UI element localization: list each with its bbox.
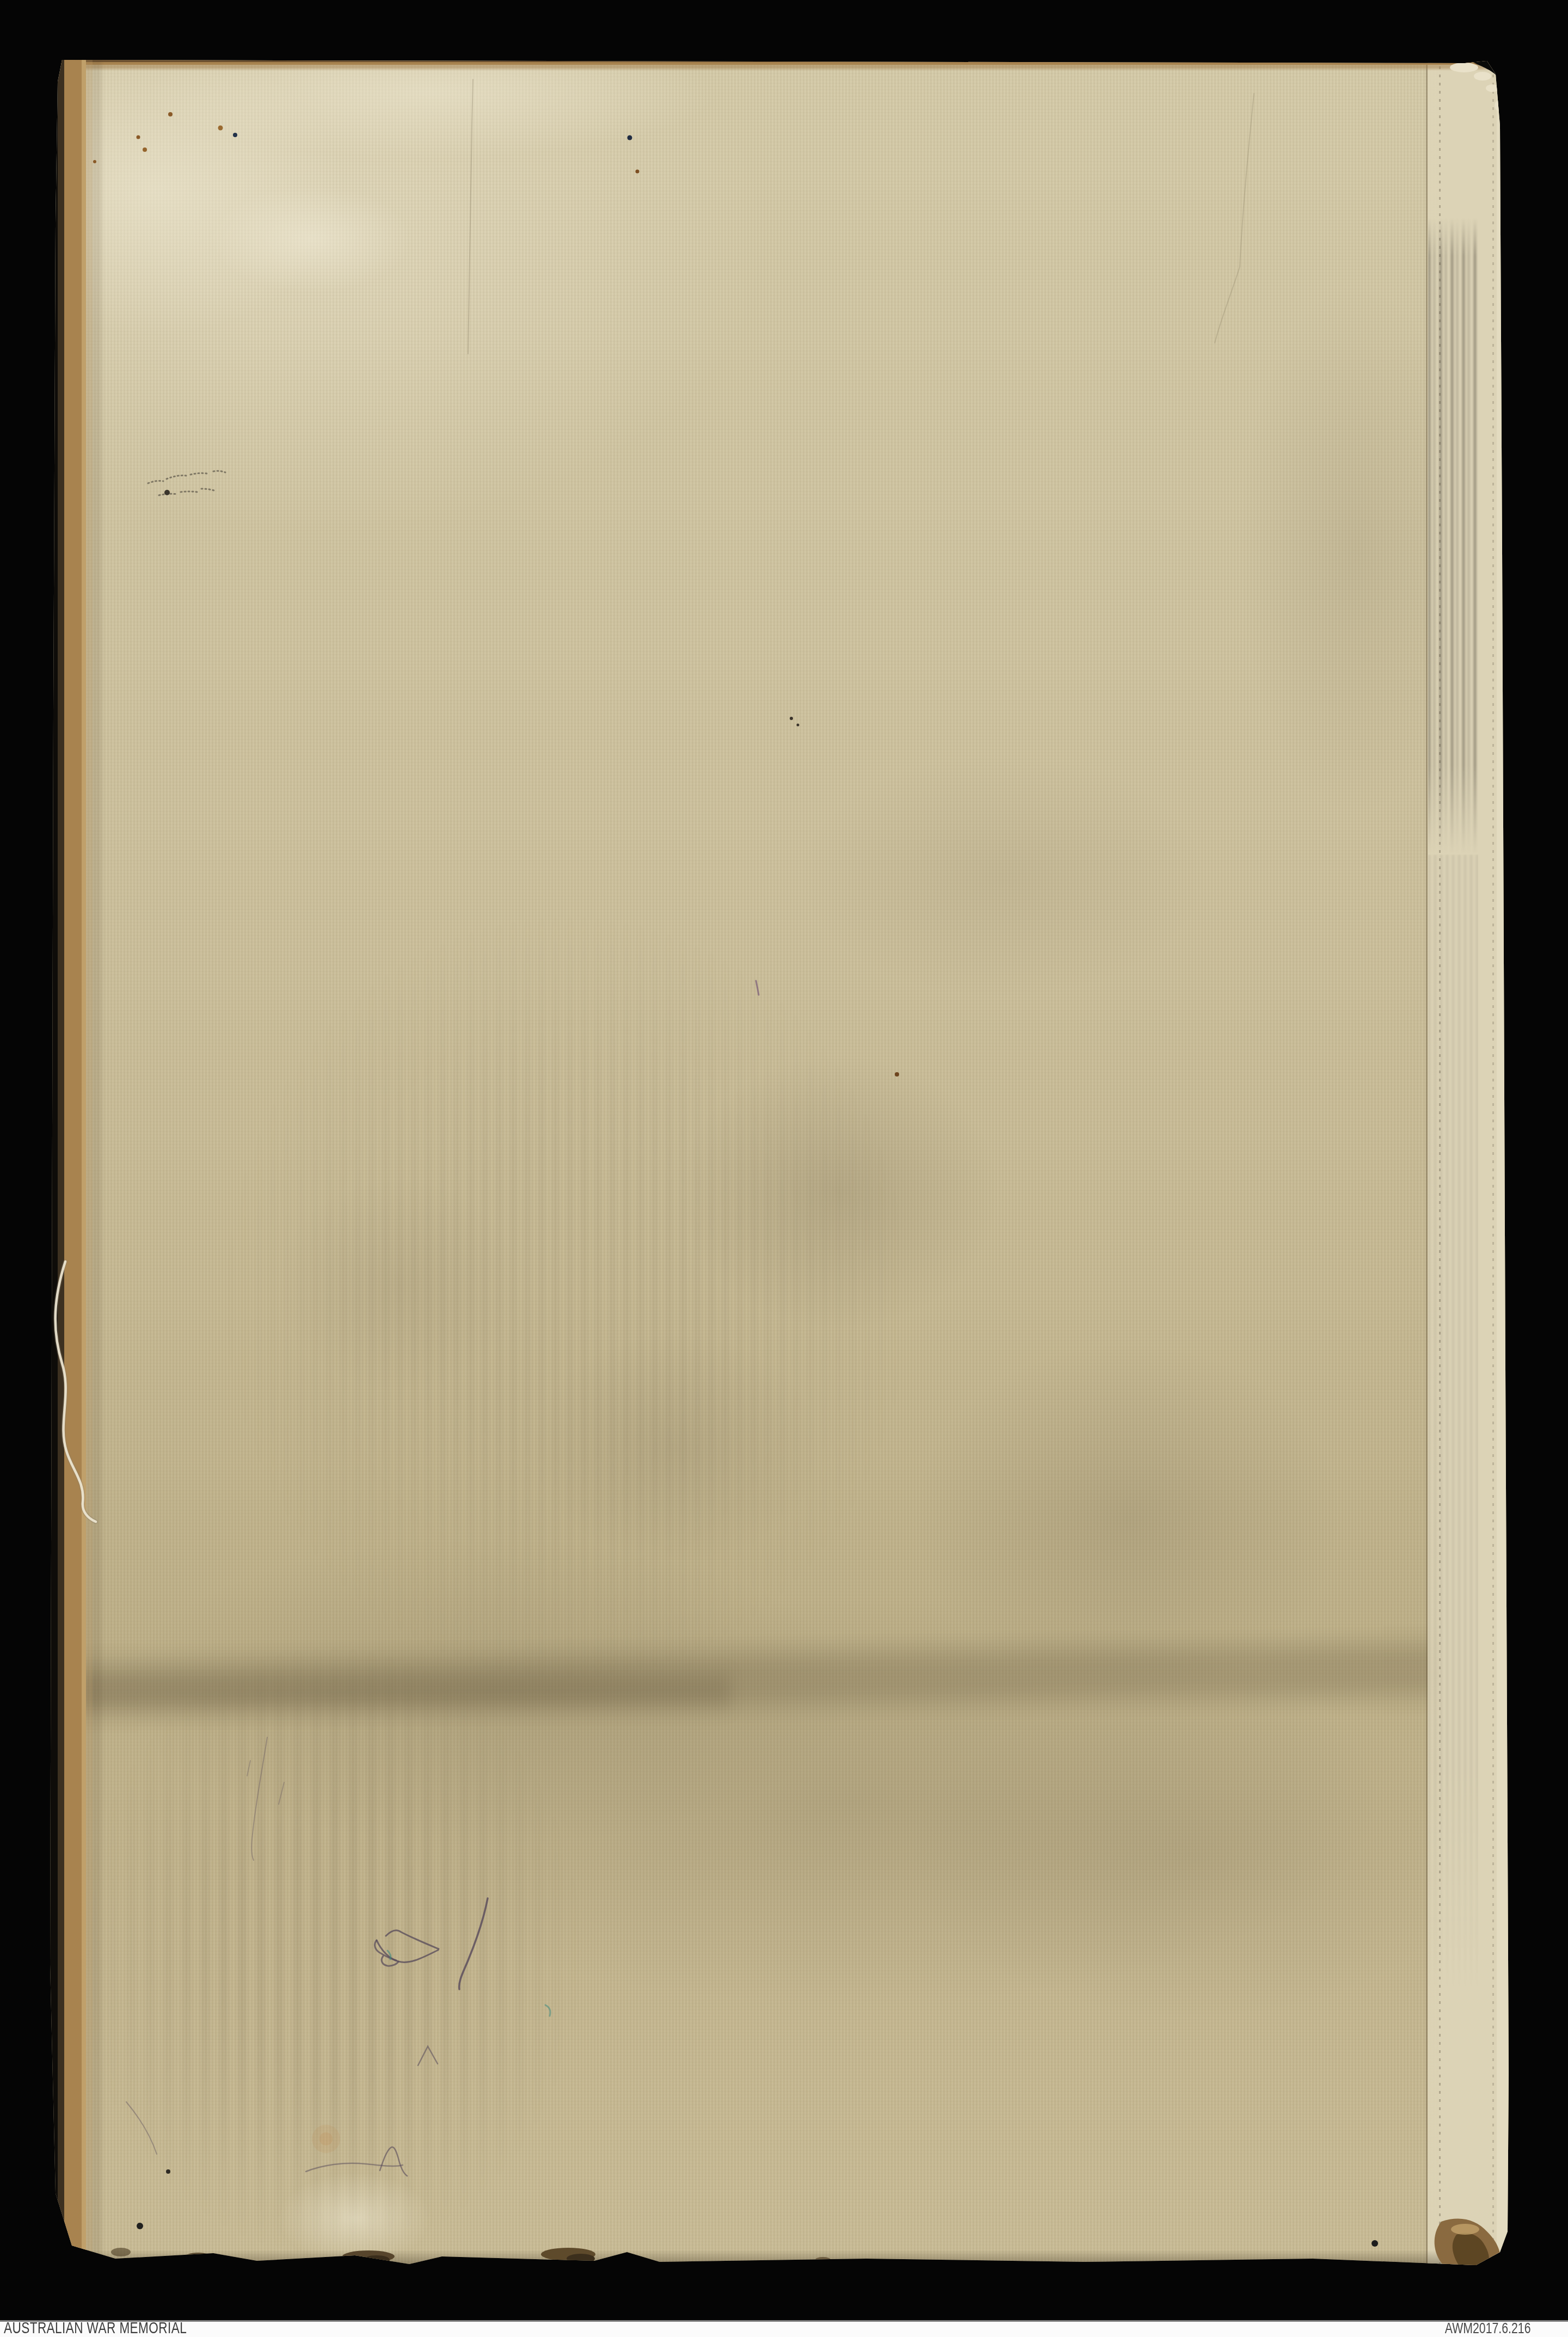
spine-dark-streaks	[1428, 218, 1478, 854]
wear-streaks-center	[213, 903, 921, 1693]
accession-number: AWM2017.6.216	[1445, 2321, 1531, 2336]
cover-left-edge	[50, 60, 104, 2265]
institution-label: AUSTRALIAN WAR MEMORIAL	[4, 2321, 187, 2336]
wear-streaks-lower-left	[72, 1638, 589, 2264]
spine-faint-streaks	[1428, 854, 1478, 1997]
book-cover-scan	[50, 60, 1509, 2265]
spine-stitch-line	[1439, 60, 1441, 2265]
horizontal-stain-band-left	[50, 1665, 730, 1717]
spine-stitch-line	[1492, 60, 1494, 2265]
caption-bar: AUSTRALIAN WAR MEMORIAL AWM2017.6.216	[0, 2320, 1568, 2337]
scan-page: AUSTRALIAN WAR MEMORIAL AWM2017.6.216	[0, 0, 1568, 2337]
cover-bottom-edge-shadow	[50, 2250, 1509, 2265]
cover-top-edge	[50, 60, 1509, 71]
